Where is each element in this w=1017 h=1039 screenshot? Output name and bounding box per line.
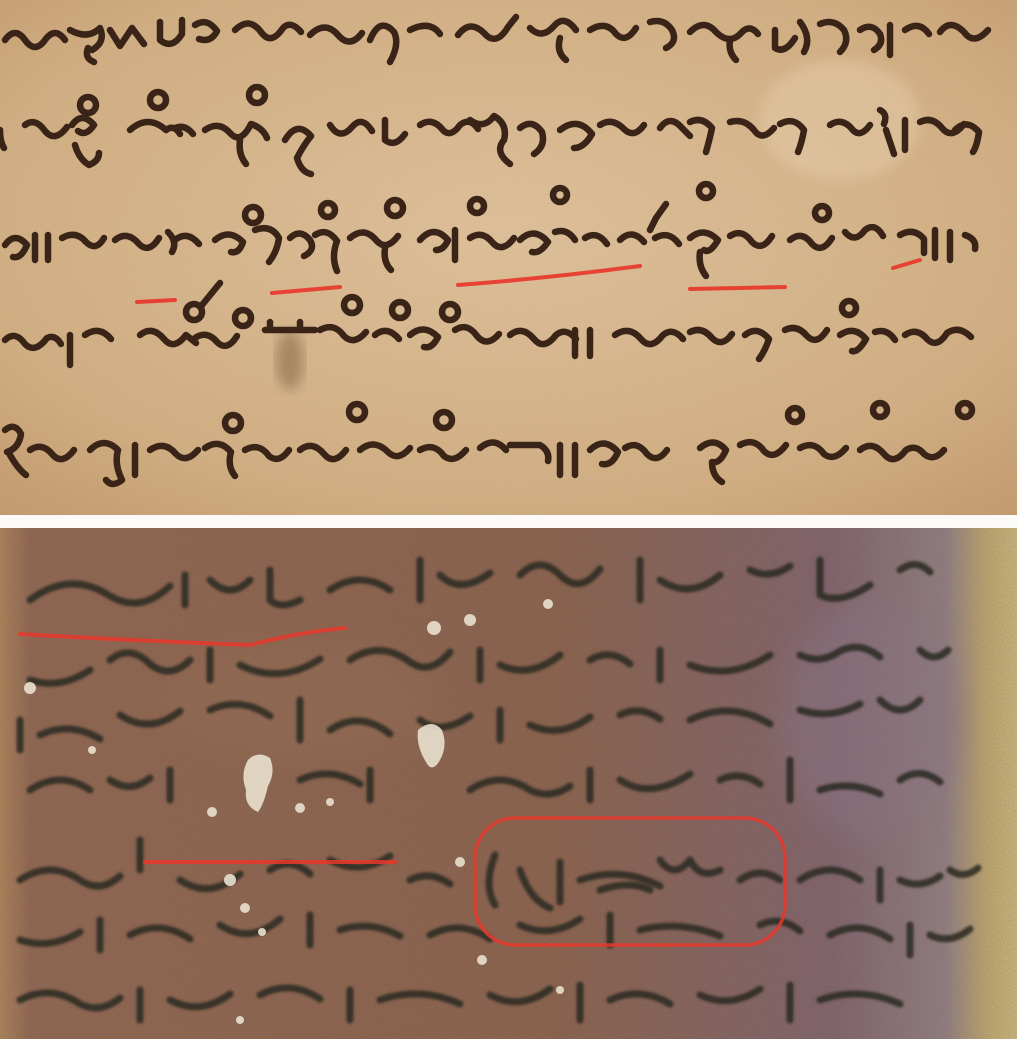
manuscript-photo-bottom [0, 528, 1017, 1039]
parchment-script-image [0, 0, 1017, 515]
red-underline-4 [690, 287, 785, 289]
panel-divider [0, 515, 1017, 528]
red-underline-1 [137, 300, 175, 302]
dark-manuscript-arabic-script-image [0, 528, 1017, 1039]
manuscript-photo-top [0, 0, 1017, 515]
